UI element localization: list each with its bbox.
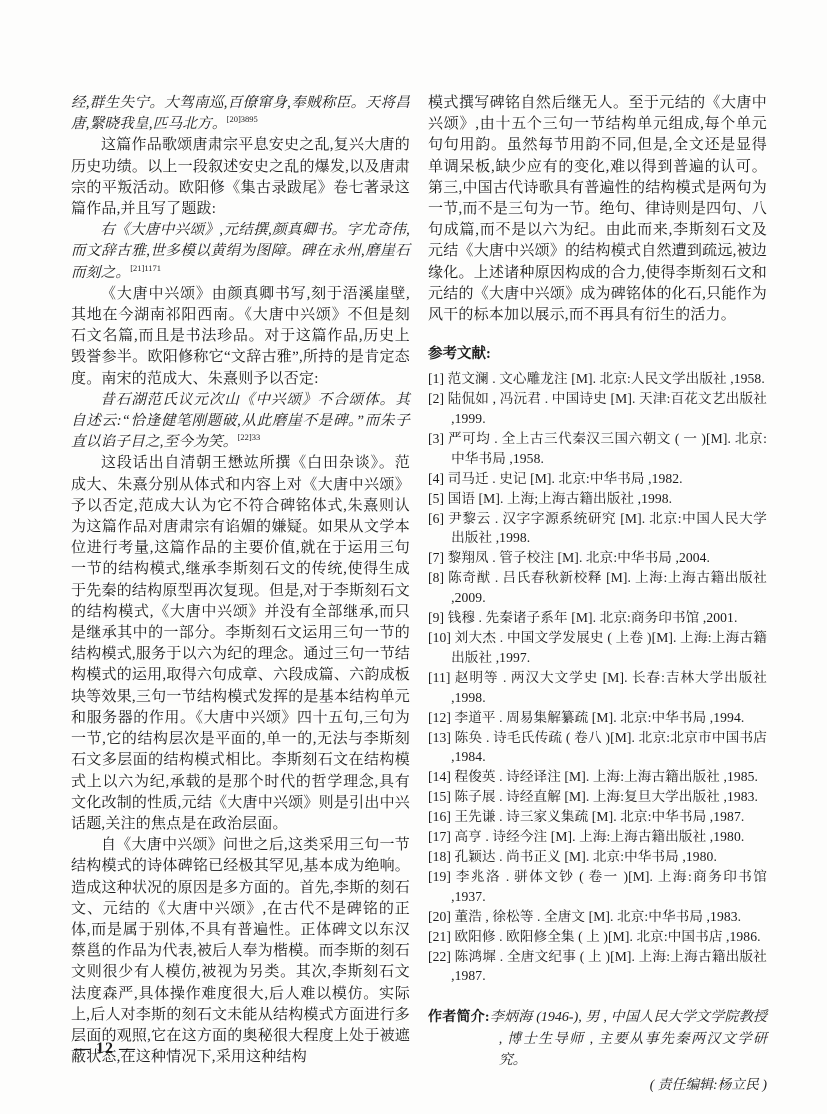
reference-item: [10] 刘大杰 . 中国文学发展史 ( 上卷 )[M]. 上海:上海古籍出版社…: [428, 628, 767, 668]
reference-item: [5] 国语 [M]. 上海;上海古籍出版社 ,1998.: [428, 489, 767, 509]
author-bio-label: 作者简介:: [428, 1010, 490, 1025]
references-section: 参考文献: [1] 范文澜 . 文心雕龙注 [M]. 北京:人民文学出版社 ,1…: [428, 343, 767, 986]
reference-item: [19] 李兆洛 . 骈体文钞 ( 卷一 )[M]. 上海:商务印书馆 ,193…: [428, 867, 767, 907]
reference-item: [7] 黎翔凤 . 管子校注 [M]. 北京:中华书局 ,2004.: [428, 548, 767, 568]
left-column: 经,群生失宁。大驾南巡,百僚窜身,奉贼称臣。天将昌唐,繄晓我皇,匹马北方。[20…: [71, 93, 410, 1095]
reference-item: [16] 王先谦 . 诗三家义集疏 [M]. 北京:中华书局 ,1987.: [428, 807, 767, 827]
reference-item: [9] 钱穆 . 先秦诸子系年 [M]. 北京:商务印书馆 ,2001.: [428, 608, 767, 628]
reference-item: [21] 欧阳修 . 欧阳修全集 ( 上 )[M]. 北京:中国书店 ,1986…: [428, 927, 767, 947]
reference-item: [14] 程俊英 . 诗经译注 [M]. 上海:上海古籍出版社 ,1985.: [428, 767, 767, 787]
references-heading: 参考文献:: [428, 343, 767, 365]
body-paragraph: 模式撰写碑铭自然后继无人。至于元结的《大唐中兴颂》,由十五个三句一节结构单元组成…: [428, 93, 767, 326]
reference-item: [8] 陈奇猷 . 吕氏春秋新校释 [M]. 上海:上海古籍出版社 ,2009.: [428, 568, 767, 608]
body-paragraph: 这段话出自清朝王懋竑所撰《白田杂谈》。范成大、朱熹分别从体式和内容上对《大唐中兴…: [71, 453, 410, 835]
quoted-passage: 右《大唐中兴颂》,元结撰,颜真卿书。字尤奇伟,而文辞古雅,世多模以黄绢为图障。碑…: [71, 220, 410, 284]
reference-item: [3] 严可均 . 全上古三代秦汉三国六朝文 ( 一 )[M]. 北京:中华书局…: [428, 429, 767, 469]
paragraph-text: 右《大唐中兴颂》,元结撰,颜真卿书。字尤奇伟,而文辞古雅,世多模以黄绢为图障。碑…: [71, 222, 410, 280]
references-list: [1] 范文澜 . 文心雕龙注 [M]. 北京:人民文学出版社 ,1958.[2…: [428, 369, 767, 986]
citation-superscript: [20]3895: [227, 114, 258, 124]
right-column-body: 模式撰写碑铭自然后继无人。至于元结的《大唐中兴颂》,由十五个三句一节结构单元组成…: [428, 93, 767, 326]
reference-item: [11] 赵明等 . 两汉大文学史 [M]. 长春:吉林大学出版社 ,1998.: [428, 668, 767, 708]
paragraph-text: 《大唐中兴颂》由颜真卿书写,刻于浯溪崖壁,其地在今湖南祁阳西南。《大唐中兴颂》不…: [71, 286, 410, 387]
document-page: 经,群生失宁。大驾南巡,百僚窜身,奉贼称臣。天将昌唐,繄晓我皇,匹马北方。[20…: [0, 0, 827, 1114]
quoted-passage: 经,群生失宁。大驾南巡,百僚窜身,奉贼称臣。天将昌唐,繄晓我皇,匹马北方。[20…: [71, 93, 410, 135]
paragraph-text: 这篇作品歌颂唐肃宗平息安史之乱,复兴大唐的历史功绩。以上一段叙述安史之乱的爆发,…: [71, 137, 410, 217]
reference-item: [22] 陈鸿墀 . 全唐文纪事 ( 上 )[M]. 上海:上海古籍出版社 ,1…: [428, 947, 767, 987]
citation-superscript: [21]1171: [130, 263, 161, 273]
reference-item: [17] 高亨 . 诗经今注 [M]. 上海:上海古籍出版社 ,1980.: [428, 827, 767, 847]
reference-item: [4] 司马迁 . 史记 [M]. 北京:中华书局 ,1982.: [428, 469, 767, 489]
editor-note: ( 责任编辑:杨立民 ): [428, 1074, 767, 1096]
body-paragraph: 《大唐中兴颂》由颜真卿书写,刻于浯溪崖壁,其地在今湖南祁阳西南。《大唐中兴颂》不…: [71, 284, 410, 390]
reference-item: [2] 陆侃如 , 冯沅君 . 中国诗史 [M]. 天津:百花文艺出版社 ,19…: [428, 389, 767, 429]
page-number: — 12 —: [74, 1040, 136, 1058]
citation-superscript: [22]33: [238, 432, 261, 442]
paragraph-text: 这段话出自清朝王懋竑所撰《白田杂谈》。范成大、朱熹分别从体式和内容上对《大唐中兴…: [71, 455, 410, 831]
body-paragraph: 自《大唐中兴颂》问世之后,这类采用三句一节结构模式的诗体碑铭已经极其罕见,基本成…: [71, 835, 410, 1068]
reference-item: [18] 孔颖达 . 尚书正义 [M]. 北京:中华书局 ,1980.: [428, 847, 767, 867]
quoted-passage: 昔石湖范氏议元次山《中兴颂》不合颂体。其自述云:“恰逢健笔刚题破,从此磨崖不是碑…: [71, 390, 410, 454]
reference-item: [12] 李道平 . 周易集解纂疏 [M]. 北京:中华书局 ,1994.: [428, 708, 767, 728]
reference-item: [1] 范文澜 . 文心雕龙注 [M]. 北京:人民文学出版社 ,1958.: [428, 369, 767, 389]
reference-item: [20] 董浩 , 徐松等 . 全唐文 [M]. 北京:中华书局 ,1983.: [428, 907, 767, 927]
two-column-text-area: 经,群生失宁。大驾南巡,百僚窜身,奉贼称臣。天将昌唐,繄晓我皇,匹马北方。[20…: [71, 93, 767, 1095]
paragraph-text: 自《大唐中兴颂》问世之后,这类采用三句一节结构模式的诗体碑铭已经极其罕见,基本成…: [71, 837, 410, 1065]
reference-item: [13] 陈奂 . 诗毛氏传疏 ( 卷八 )[M]. 北京:北京市中国书店 ,1…: [428, 728, 767, 768]
author-bio-section: 作者简介:李炳海 (1946-), 男 , 中国人民大学文学院教授 , 博士生导…: [428, 1007, 767, 1095]
author-bio-text: 李炳海 (1946-), 男 , 中国人民大学文学院教授 , 博士生导师 , 主…: [490, 1010, 767, 1068]
right-column: 模式撰写碑铭自然后继无人。至于元结的《大唐中兴颂》,由十五个三句一节结构单元组成…: [428, 93, 767, 1095]
reference-item: [15] 陈子展 . 诗经直解 [M]. 上海:复旦大学出版社 ,1983.: [428, 787, 767, 807]
reference-item: [6] 尹黎云 . 汉字字源系统研究 [M]. 北京:中国人民大学出版社 ,19…: [428, 509, 767, 549]
paragraph-text: 模式撰写碑铭自然后继无人。至于元结的《大唐中兴颂》,由十五个三句一节结构单元组成…: [428, 95, 767, 323]
author-bio: 作者简介:李炳海 (1946-), 男 , 中国人民大学文学院教授 , 博士生导…: [428, 1007, 767, 1072]
body-paragraph: 这篇作品歌颂唐肃宗平息安史之乱,复兴大唐的历史功绩。以上一段叙述安史之乱的爆发,…: [71, 135, 410, 220]
